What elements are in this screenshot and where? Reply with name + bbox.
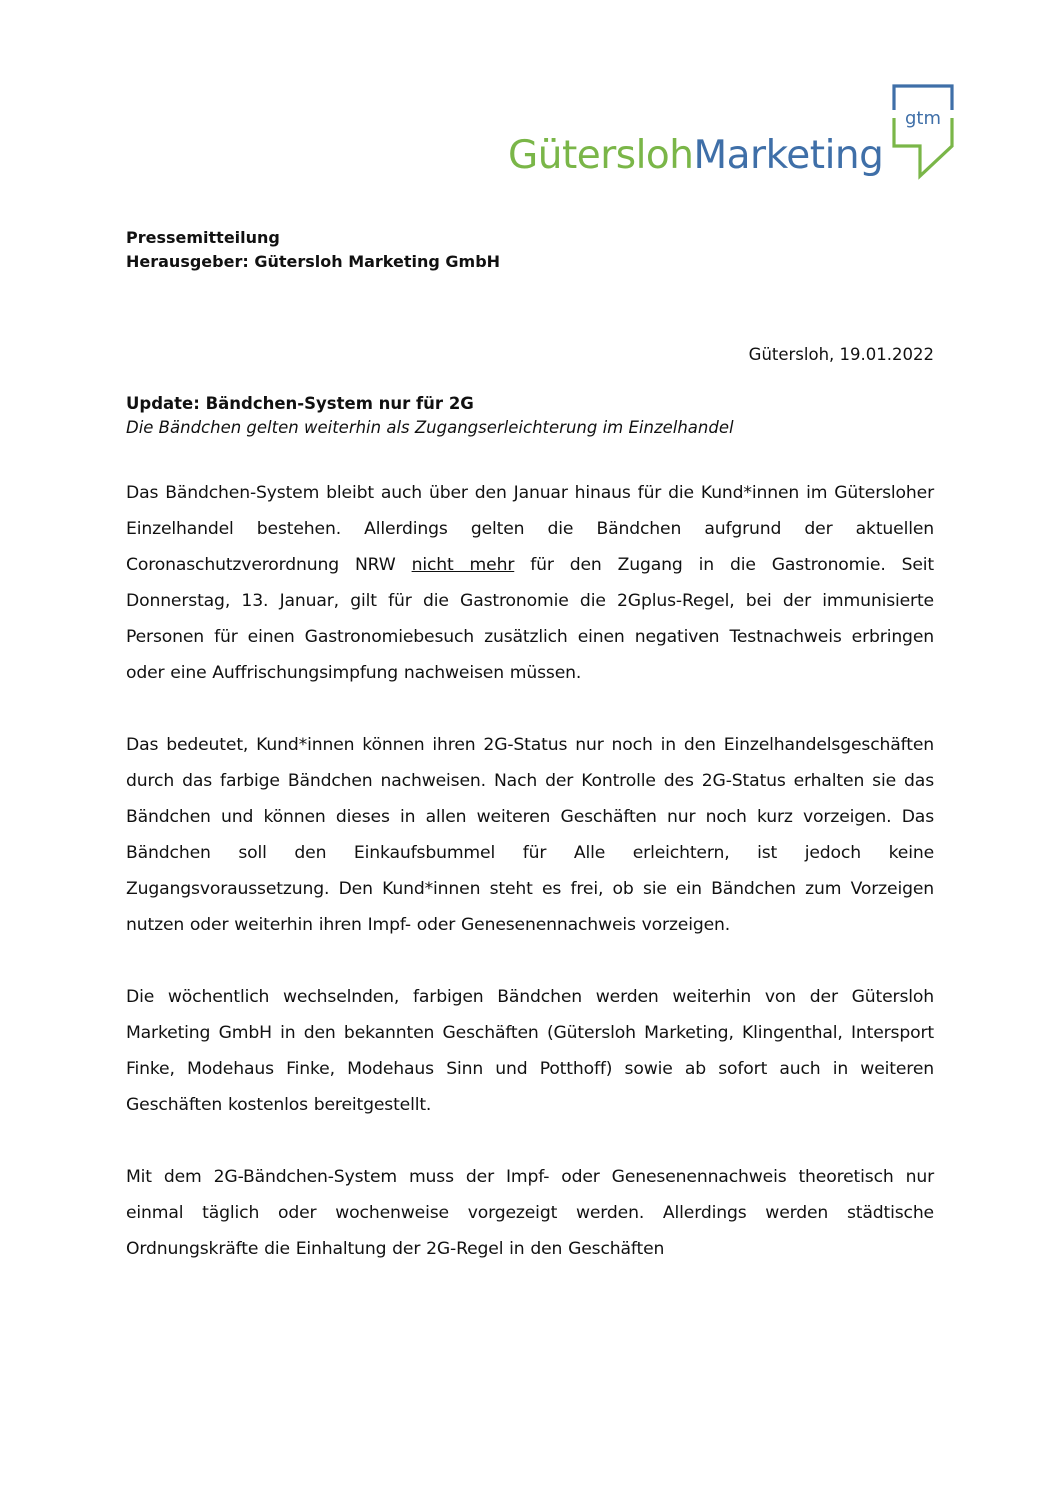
paragraph-2: Das bedeutet, Kund*innen können ihren 2G…	[126, 727, 934, 943]
press-release-header: Pressemitteilung Herausgeber: Gütersloh …	[126, 226, 500, 274]
paragraph-4: Mit dem 2G-Bändchen-System muss der Impf…	[126, 1159, 934, 1267]
publisher-label: Herausgeber: Gütersloh Marketing GmbH	[126, 250, 500, 274]
logo-mark-text: gtm	[905, 108, 941, 129]
dateline: Gütersloh, 19.01.2022	[749, 343, 934, 367]
guetersloh-marketing-logo: GüterslohMarketing gtm	[508, 84, 963, 199]
headline-subtitle: Die Bändchen gelten weiterhin als Zugang…	[126, 416, 936, 440]
document-type-label: Pressemitteilung	[126, 226, 500, 250]
headline-title: Update: Bändchen-System nur für 2G	[126, 392, 936, 416]
logo-word-marketing: Marketing	[694, 133, 884, 178]
underlined-emphasis: nicht mehr	[412, 555, 515, 575]
logo-wordmark: GüterslohMarketing	[508, 136, 883, 175]
article-body: Das Bändchen-System bleibt auch über den…	[126, 475, 934, 1303]
paragraph-3: Die wöchentlich wechselnden, farbigen Bä…	[126, 979, 934, 1123]
logo-word-guetersloh: Gütersloh	[508, 133, 694, 178]
headline-block: Update: Bändchen-System nur für 2G Die B…	[126, 392, 936, 440]
gtm-speech-bubble-icon: gtm	[890, 84, 956, 194]
document-page: GüterslohMarketing gtm Pressemitteilung …	[0, 0, 1058, 1497]
paragraph-1: Das Bändchen-System bleibt auch über den…	[126, 475, 934, 691]
